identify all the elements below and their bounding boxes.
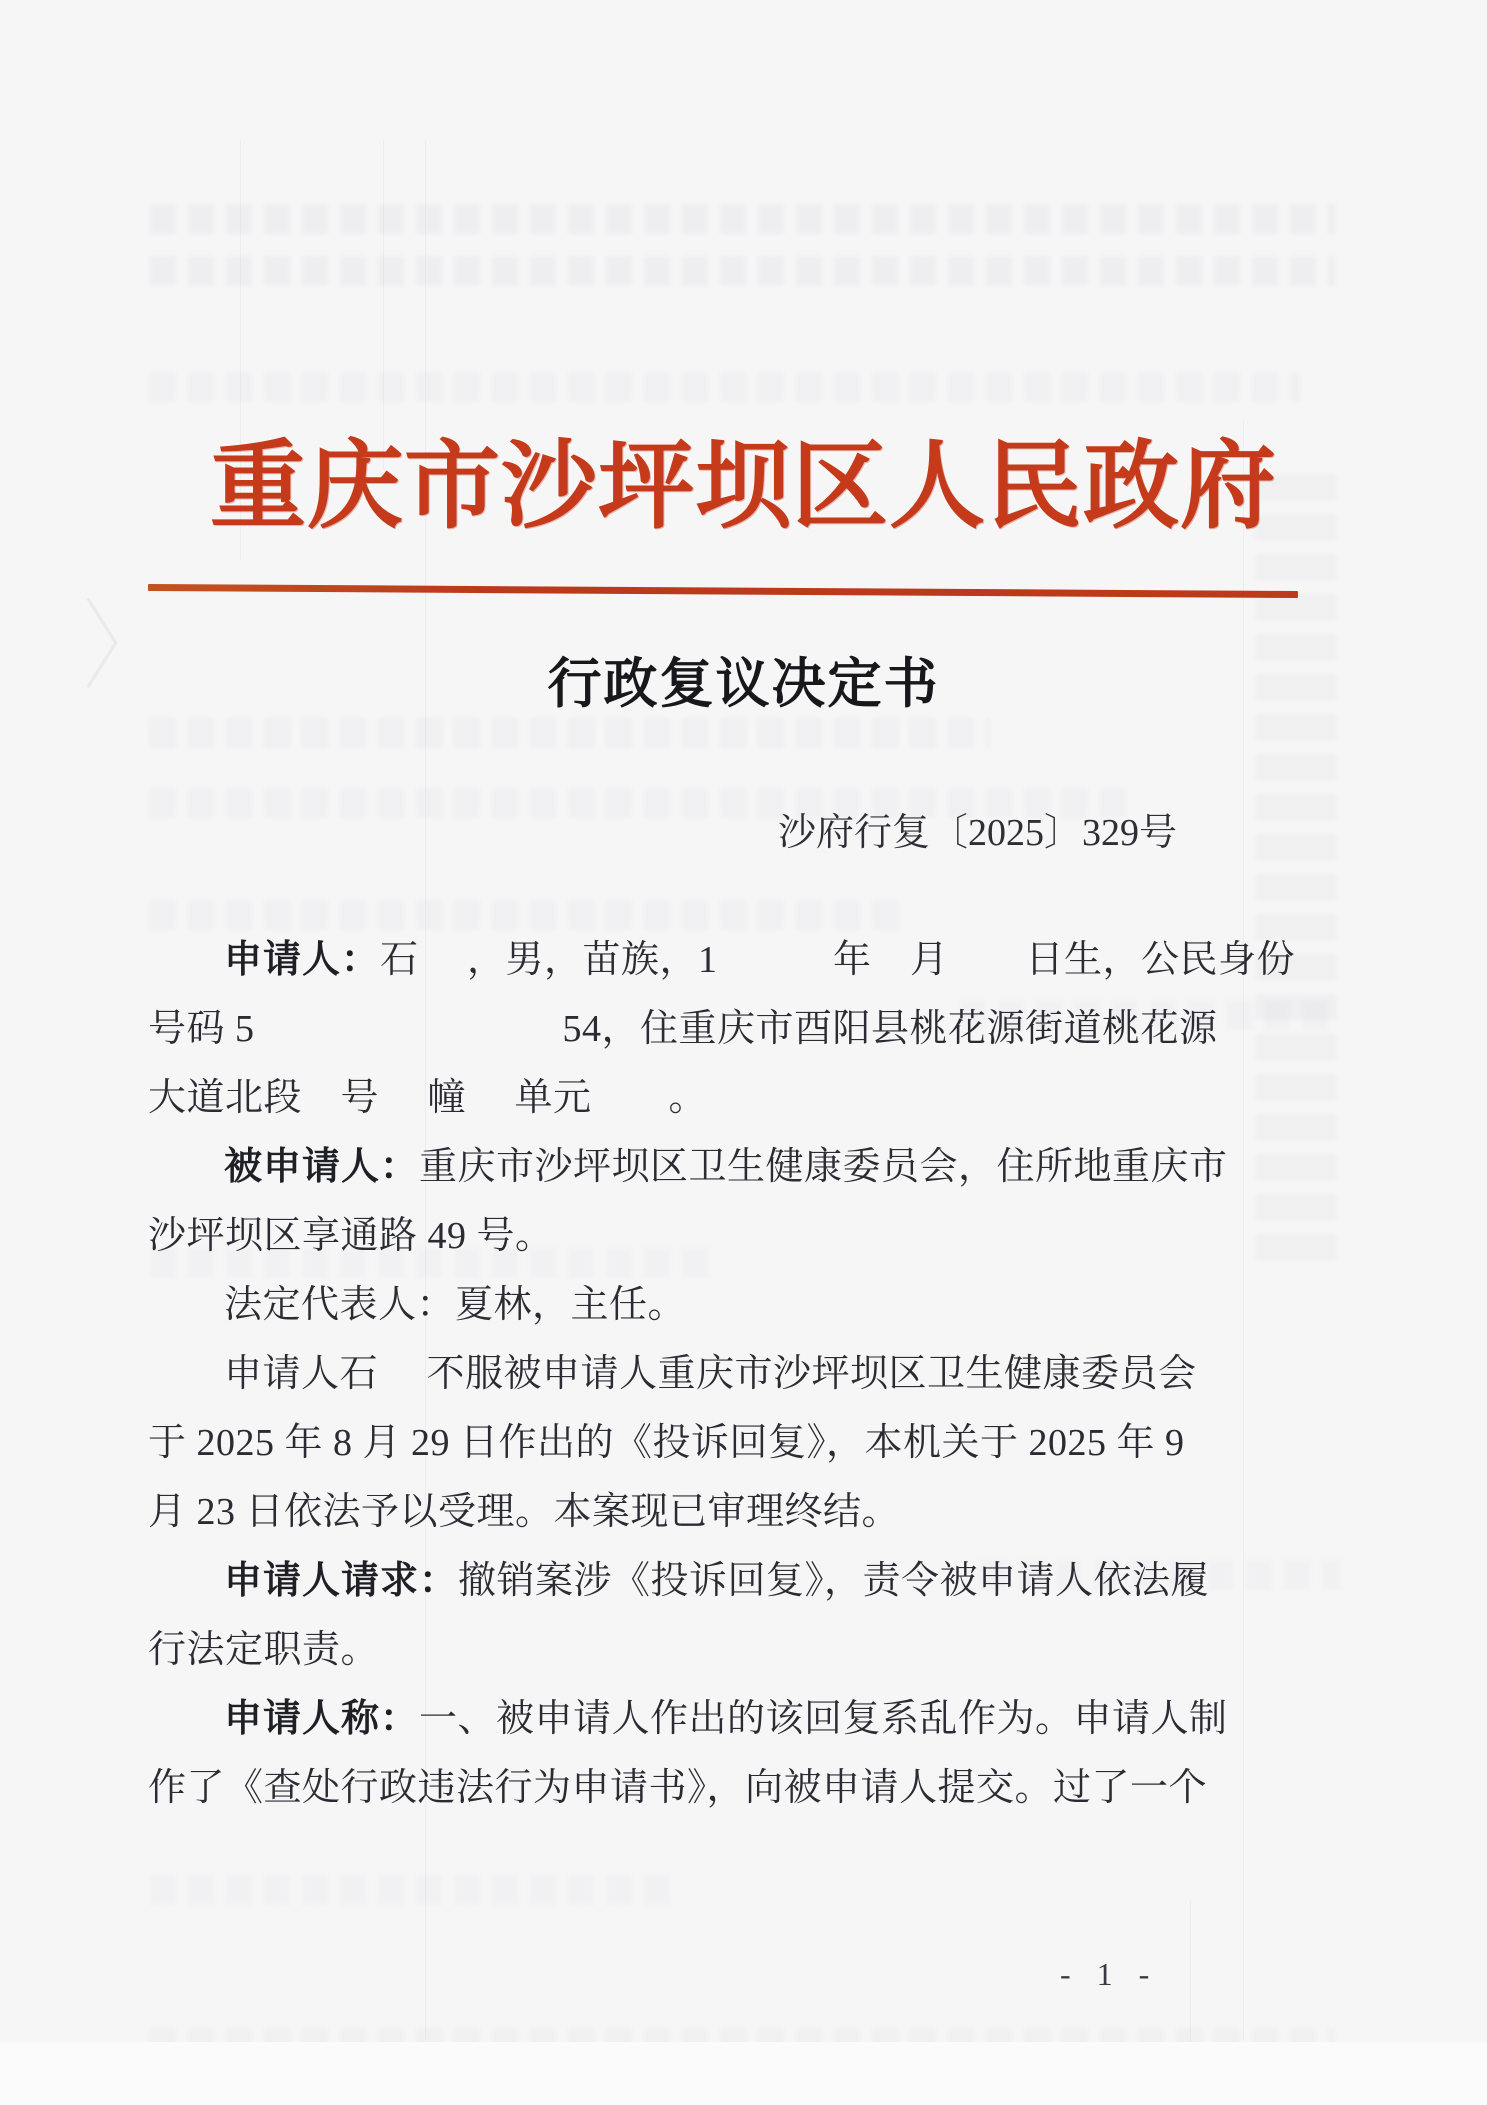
line-text: 月 23 日依法予以受理。本案现已审理终结。 [148, 1491, 900, 1533]
bleedthrough-mark [150, 2028, 1335, 2058]
paragraph-label: 被申请人： [224, 1146, 419, 1188]
paragraph-label: 申请人请求： [224, 1560, 458, 1602]
letterhead-issuer-title: 重庆市沙坪坝区人民政府 [0, 410, 1487, 547]
bleedthrough-mark [150, 204, 1335, 234]
document-line: 行法定职责。 [148, 1616, 1358, 1685]
scanned-document-page: 〉 重庆市沙坪坝区人民政府 行政复议决定书 沙府行复〔2025〕329号 申请人… [0, 0, 1487, 2105]
line-text: 行法定职责。 [148, 1629, 379, 1671]
line-text: 一、被申请人作出的该回复系乱作为。申请人制 [419, 1698, 1228, 1740]
paragraph-label: 申请人： [224, 939, 380, 981]
scan-fold-line [1190, 1900, 1191, 2105]
line-text: 号码 5 54，住重庆市酉阳县桃花源街道桃花源 [148, 1008, 1218, 1050]
document-line: 作了《查处行政违法行为申请书》，向被申请人提交。过了一个 [148, 1754, 1358, 1823]
document-line: 月 23 日依法予以受理。本案现已审理终结。 [148, 1478, 1358, 1547]
document-line: 申请人石 不服被申请人重庆市沙坪坝区卫生健康委员会 [148, 1340, 1358, 1409]
document-line: 申请人称：一、被申请人作出的该回复系乱作为。申请人制 [148, 1685, 1358, 1754]
line-text: 申请人石 不服被申请人重庆市沙坪坝区卫生健康委员会 [224, 1353, 1197, 1395]
page-number: - 1 - [1060, 1956, 1158, 1993]
line-text: 重庆市沙坪坝区卫生健康委员会，住所地重庆市 [419, 1146, 1228, 1188]
line-text: 于 2025 年 8 月 29 日作出的《投诉回复》，本机关于 2025 年 9 [148, 1422, 1185, 1464]
line-text: 沙坪坝区享通路 49 号。 [148, 1215, 554, 1257]
bleedthrough-mark [150, 718, 990, 748]
scan-bottom-strip [0, 2042, 1487, 2105]
document-reference-number: 沙府行复〔2025〕329号 [778, 801, 1177, 856]
document-line: 沙坪坝区享通路 49 号。 [148, 1202, 1358, 1271]
document-line: 申请人：石 ，男，苗族，1 年 月 日生，公民身份 [148, 926, 1358, 995]
line-text: 作了《查处行政违法行为申请书》，向被申请人提交。过了一个 [148, 1767, 1207, 1809]
line-text: 撤销案涉《投诉回复》，责令被申请人依法履 [458, 1560, 1209, 1602]
document-line: 号码 5 54，住重庆市酉阳县桃花源街道桃花源 [148, 995, 1358, 1064]
document-body: 申请人：石 ，男，苗族，1 年 月 日生，公民身份 号码 5 54，住重庆市酉阳… [148, 926, 1358, 1823]
letterhead-red-divider [148, 584, 1298, 598]
document-line: 被申请人：重庆市沙坪坝区卫生健康委员会，住所地重庆市 [148, 1133, 1358, 1202]
document-line: 大道北段 号 幢 单元 。 [148, 1064, 1358, 1133]
line-text: 石 ，男，苗族，1 年 月 日生，公民身份 [380, 939, 1295, 981]
bleedthrough-mark [150, 372, 1300, 402]
paragraph-label: 申请人称： [224, 1698, 419, 1740]
bleedthrough-mark [150, 1875, 670, 1905]
line-text: 法定代表人：夏林，主任。 [224, 1284, 686, 1326]
document-line: 于 2025 年 8 月 29 日作出的《投诉回复》，本机关于 2025 年 9 [148, 1409, 1358, 1478]
line-text: 大道北段 号 幢 单元 。 [148, 1077, 707, 1119]
document-line: 法定代表人：夏林，主任。 [148, 1271, 1358, 1340]
document-line: 申请人请求：撤销案涉《投诉回复》，责令被申请人依法履 [148, 1547, 1358, 1616]
bleedthrough-mark [150, 256, 1335, 286]
document-title: 行政复议决定书 [0, 641, 1487, 718]
